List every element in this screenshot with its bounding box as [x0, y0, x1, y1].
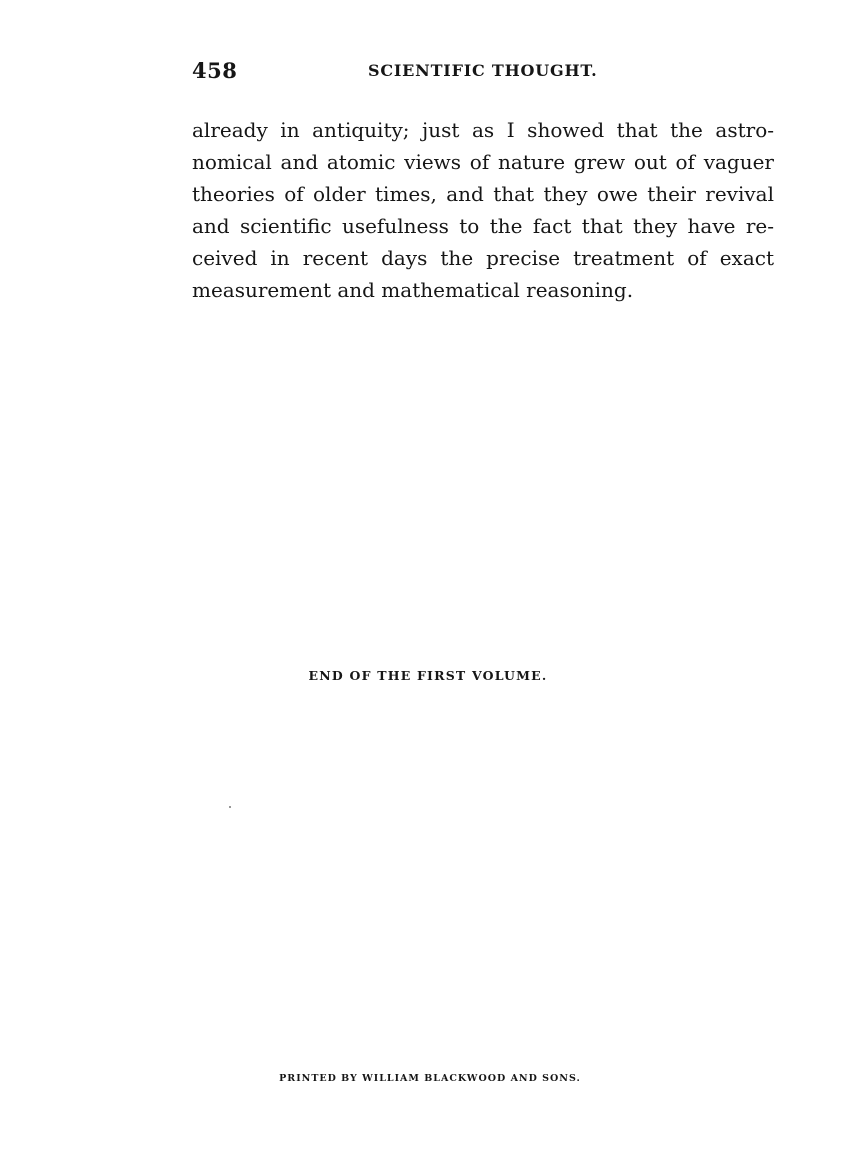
running-title: SCIENTIFIC THOUGHT. [368, 61, 597, 80]
text-line: ceived in recent days the precise treatm… [192, 242, 774, 274]
page-number: 458 [192, 58, 237, 83]
text-line: nomical and atomic views of nature grew … [192, 146, 774, 178]
text-line: theories of older times, and that they o… [192, 178, 774, 210]
text-line: measurement and mathematical reasoning. [192, 274, 774, 306]
end-of-volume-note: END OF THE FIRST VOLUME. [0, 668, 850, 683]
text-line: already in antiquity; just as I showed t… [192, 114, 774, 146]
text-line: and scientific usefulness to the fact th… [192, 210, 774, 242]
scan-speck [229, 806, 231, 808]
book-page: 458 SCIENTIFIC THOUGHT. already in antiq… [0, 0, 850, 1150]
body-paragraph: already in antiquity; just as I showed t… [192, 114, 774, 306]
running-head: 458 SCIENTIFIC THOUGHT. [192, 58, 774, 88]
printer-colophon: PRINTED BY WILLIAM BLACKWOOD AND SONS. [0, 1073, 850, 1084]
